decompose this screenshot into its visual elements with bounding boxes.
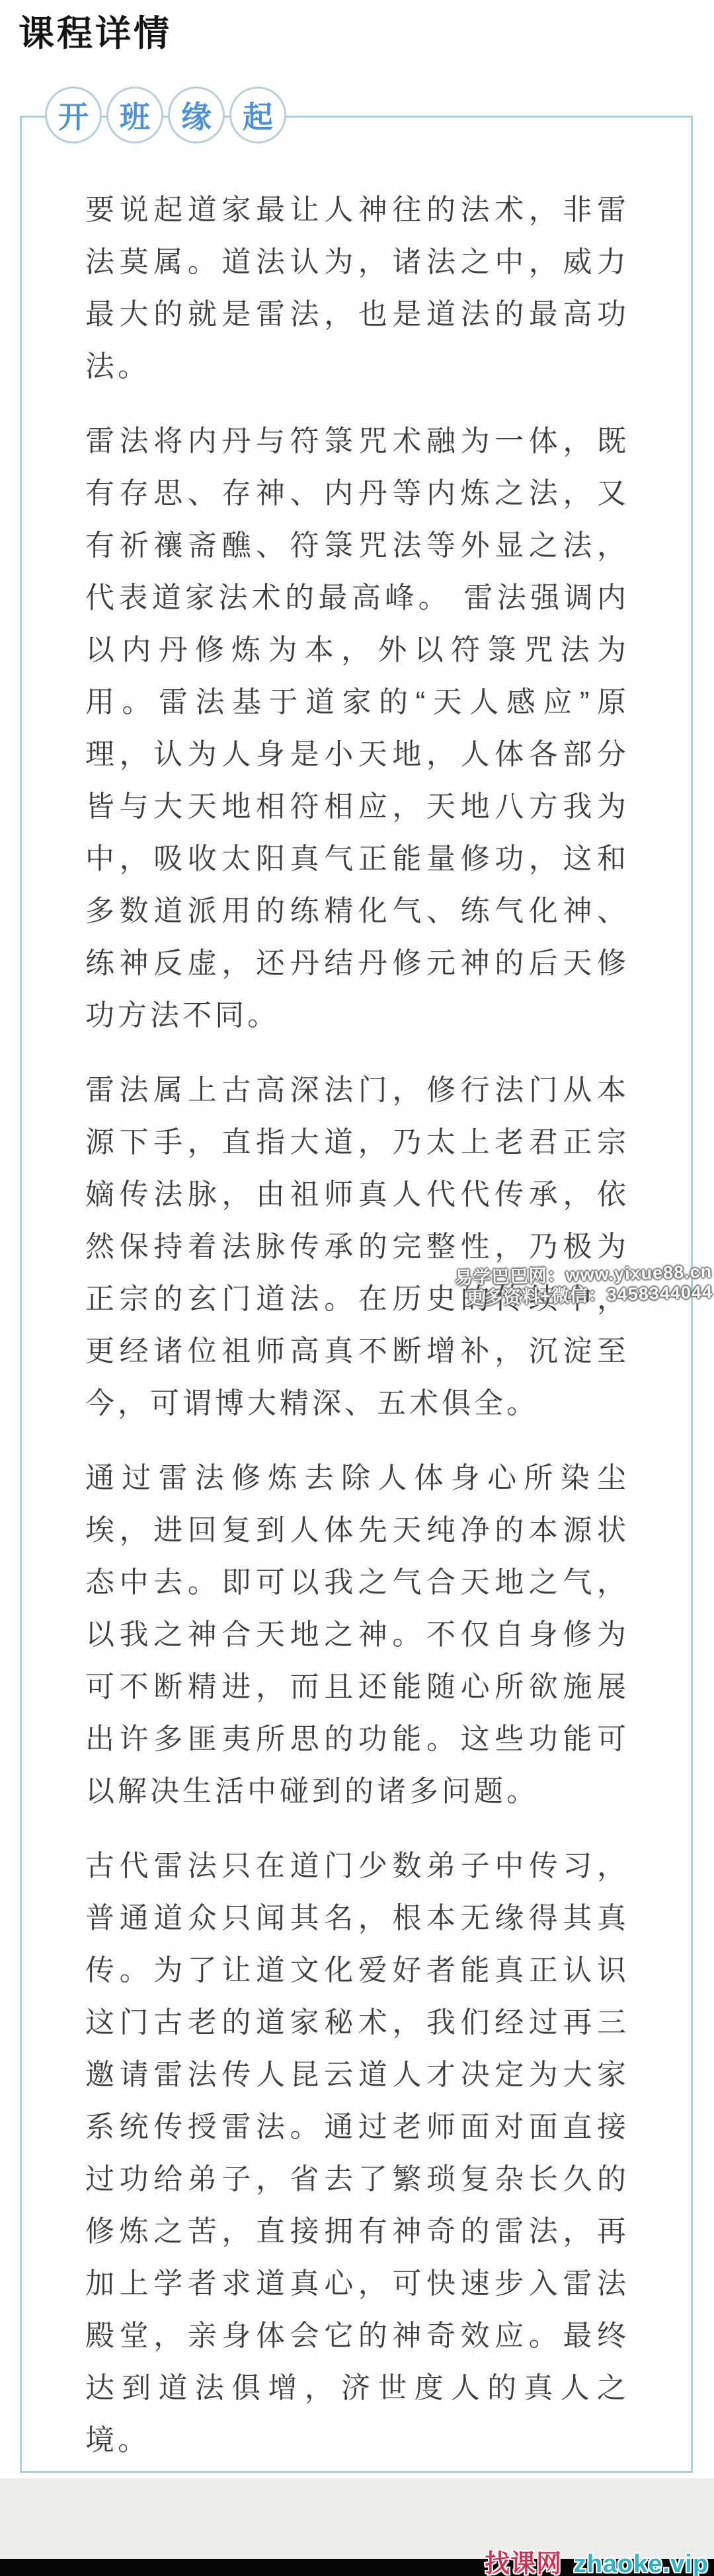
section-header-badges: 开 班 缘 起 (45, 87, 286, 143)
brand-logo-cn: 找课网 (485, 2550, 562, 2576)
badge-circle: 开 (45, 87, 102, 143)
paragraph: 要说起道家最让人神往的法术，非雷法莫属。道法认为，诸法之中，威力最大的就是雷法，… (85, 184, 629, 393)
paragraph: 雷法属上古高深法门，修行法门从本源下手，直指大道，乃太上老君正宗嫡传法脉，由祖师… (85, 1064, 629, 1429)
badge-circle: 班 (106, 87, 163, 143)
page-title: 课程详情 (19, 5, 172, 56)
badge-circle: 起 (229, 87, 286, 143)
badge-circle: 缘 (168, 87, 225, 143)
paragraph: 通过雷法修炼去除人体身心所染尘埃，进回复到人体先天纯净的本源状态中去。即可以我之… (85, 1452, 629, 1817)
site-watermark: 易学巴巴网：www.yixue88.cn 更多资料+微信：3458344044 (455, 1262, 713, 1309)
brand-logo-domain: zhaoke.vip (574, 2550, 709, 2576)
paragraph: 雷法将内丹与符箓咒术融为一体，既有存思、存神、内丹等内炼之法，又有祈禳斋醮、符箓… (85, 415, 629, 1042)
brand-logo: 找课网 zhaoke.vip (485, 2543, 709, 2576)
paragraph: 古代雷法只在道门少数弟子中传习，普通道众只闻其名，根本无缘得其真传。为了让道文化… (85, 1840, 629, 2466)
